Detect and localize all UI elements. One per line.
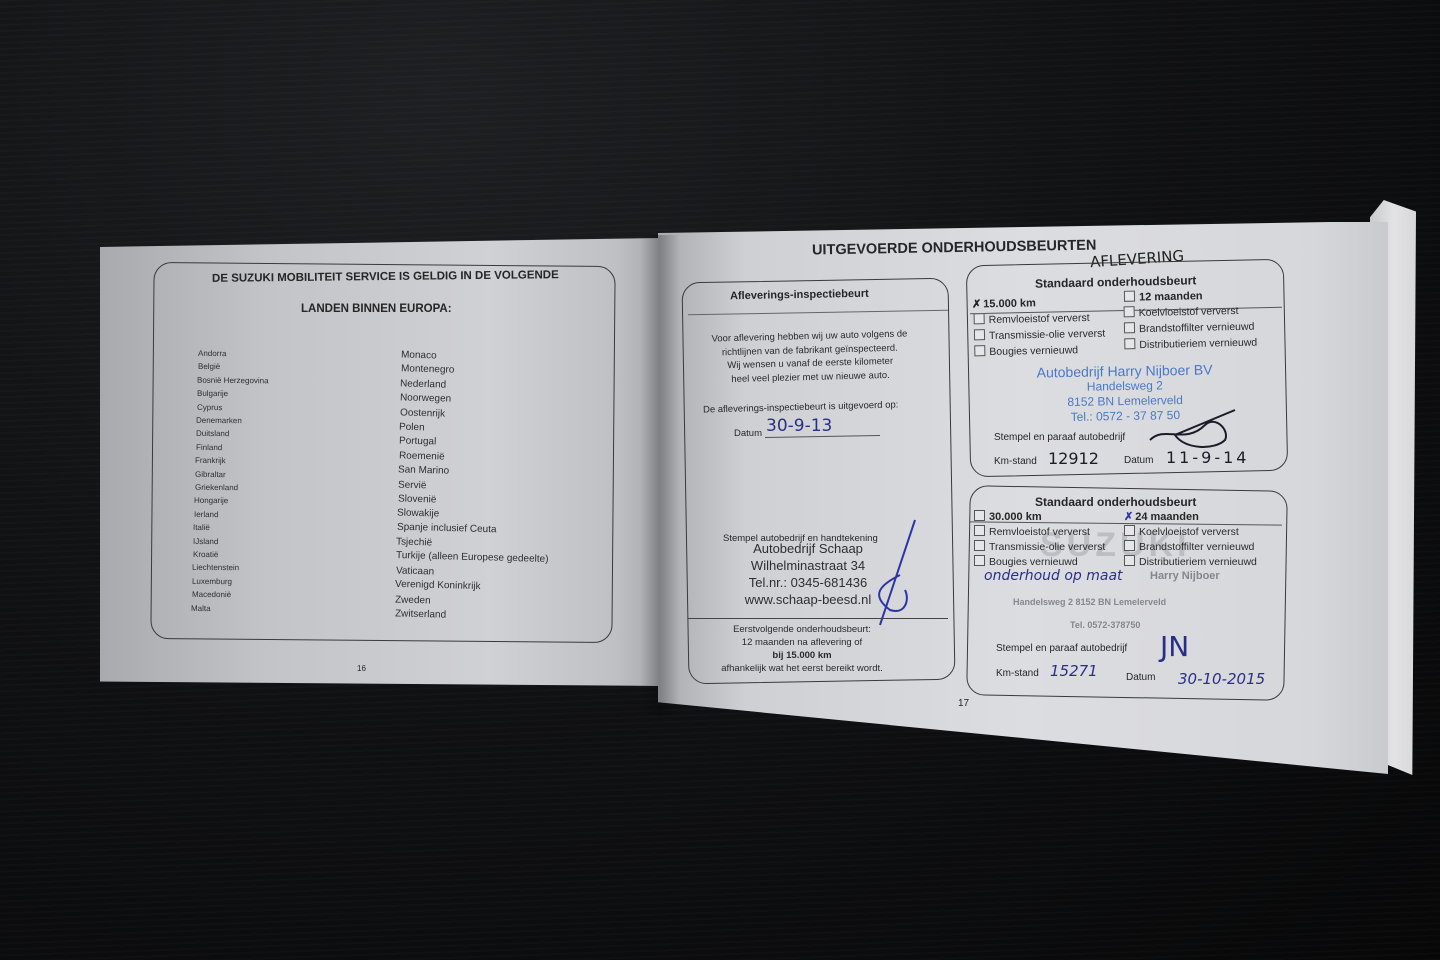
country-item: Ierland — [194, 510, 219, 519]
country-item: Slowakije — [397, 508, 440, 520]
country-item: Luxemburg — [192, 577, 232, 586]
country-item: Frankrijk — [195, 456, 226, 465]
country-item: Spanje inclusief Ceuta — [397, 521, 497, 535]
country-item: Andorra — [198, 349, 227, 358]
country-item: Vaticaan — [396, 566, 434, 578]
country-item: Gibraltar — [195, 469, 226, 478]
country-item: Hongarije — [194, 496, 228, 505]
country-item: Roemenië — [398, 450, 444, 462]
delivery-date-label: Datum — [734, 428, 762, 439]
service2-checks-left: Remvloeistof ververst Transmissie-olie v… — [974, 525, 1105, 570]
service-booklet: DE SUZUKI MOBILITEIT SERVICE IS GELDIG I… — [0, 0, 1440, 960]
service1-km-value: 12912 — [1048, 449, 1099, 468]
country-item: Macedonië — [192, 590, 231, 599]
service1-checks-right: Koelvloeistof ververst Brandstoffilter v… — [1124, 303, 1258, 354]
country-item: Duitsland — [196, 429, 229, 438]
nijboer-stamp-2-address: Handelsweg 2 8152 BN Lemelerveld — [1013, 597, 1166, 607]
service2-handwritten: onderhoud op maat — [984, 568, 1123, 584]
country-item: Tsjechië — [396, 537, 432, 549]
country-item: Oostenrijk — [399, 407, 444, 419]
delivery-date-value: 30-9-13 — [766, 416, 832, 436]
country-item: Cyprus — [197, 402, 222, 411]
service2-months-option: ✗24 maanden — [1124, 510, 1199, 523]
service1-stamp-label: Stempel en paraaf autobedrijf — [994, 432, 1125, 443]
country-item: Portugal — [399, 436, 437, 448]
country-item: Montenegro — [401, 364, 455, 376]
countries-subheading: LANDEN BINNEN EUROPA: — [301, 303, 452, 315]
service2-title: Standaard onderhoudsbeurt — [1035, 495, 1196, 509]
service1-months-option: 12 maanden — [1124, 289, 1203, 304]
delivery-title: Afleverings-inspectiebeurt — [730, 288, 869, 302]
checkbox-icon — [1124, 291, 1135, 302]
service2-date-label: Datum — [1126, 672, 1155, 683]
service1-checks-left: Remvloeistof ververst Transmissie-olie v… — [974, 310, 1106, 361]
country-item: Noorwegen — [400, 393, 451, 405]
service1-km-label: Km-stand — [994, 456, 1037, 467]
country-item: Liechtenstein — [192, 563, 239, 572]
service1-date-label: Datum — [1124, 455, 1153, 466]
country-item: Monaco — [401, 350, 437, 362]
nijboer-stamp-2-phone: Tel. 0572-378750 — [1070, 620, 1140, 630]
country-item: Slovenië — [397, 493, 436, 505]
spine-shadow — [640, 235, 680, 715]
country-item: Nederland — [400, 378, 446, 390]
service2-km-label: Km-stand — [996, 668, 1039, 679]
country-item: Zwitserland — [395, 609, 446, 621]
country-item: Zweden — [395, 594, 431, 606]
service2-date-value: 30-10-2015 — [1178, 670, 1265, 688]
country-item: Bulgarije — [197, 389, 228, 398]
next-service-text: Eerstvolgende onderhoudsbeurt: 12 maande… — [712, 623, 892, 675]
page-number-right: 17 — [958, 698, 969, 709]
service2-checks-right: Koelvloeistof ververst Brandstoffilter v… — [1124, 525, 1257, 570]
country-item: Finland — [196, 443, 222, 452]
checkmark-icon: ✗ — [1124, 511, 1133, 523]
nijboer-stamp-2-name: Harry Nijboer — [1150, 570, 1220, 582]
country-item: Kroatië — [193, 550, 218, 559]
checkmark-icon: ✗ — [972, 298, 981, 310]
country-item: Malta — [191, 604, 211, 613]
country-item: Griekenland — [194, 483, 237, 492]
country-item: Denemarken — [196, 416, 242, 425]
country-item: België — [198, 362, 220, 371]
delivery-text: Voor aflevering hebben wij uw auto volge… — [699, 327, 920, 387]
service2-km-value: 15271 — [1050, 662, 1098, 680]
country-item: San Marino — [398, 465, 449, 477]
country-item: Bosnië Herzegovina — [197, 375, 269, 385]
service2-stamp-label: Stempel en paraaf autobedrijf — [996, 643, 1127, 654]
service1-date-value: 11-9-14 — [1166, 448, 1249, 467]
country-item: Polen — [399, 422, 425, 434]
signature-delivery — [860, 515, 920, 635]
country-item: IJsland — [193, 536, 218, 545]
service2-initials: JN — [1160, 630, 1189, 663]
country-item: Italië — [193, 523, 210, 532]
checkbox-icon — [974, 510, 985, 521]
service1-km-option: ✗15.000 km — [972, 296, 1036, 310]
page-number-left: 16 — [357, 664, 366, 673]
country-item: Servië — [398, 479, 427, 491]
